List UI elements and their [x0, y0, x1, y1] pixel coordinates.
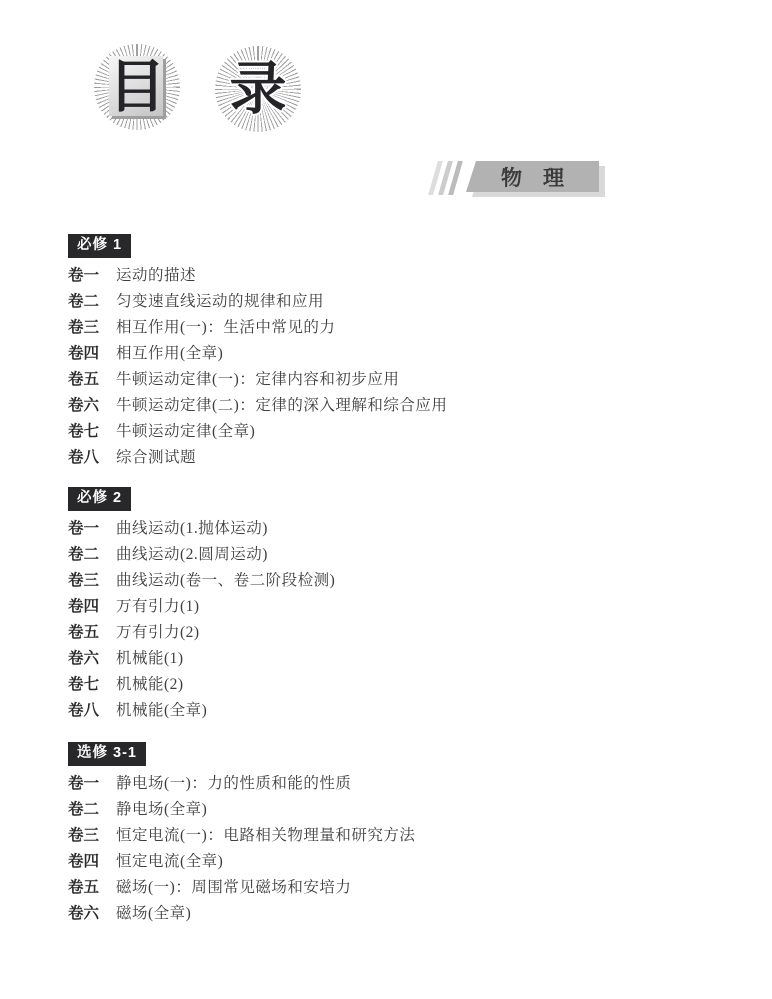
toc-item-num: 卷七: [68, 419, 105, 445]
toc-item: 卷六牛顿运动定律(二)：定律的深入理解和综合应用: [68, 393, 447, 419]
toc-item: 卷四相互作用(全章): [68, 341, 447, 367]
toc-item-desc: 曲线运动(1.抛体运动): [116, 520, 268, 537]
toc-item-num: 卷七: [68, 672, 105, 698]
toc-item-num: 卷二: [68, 797, 105, 823]
toc-item: 卷二静电场(全章): [68, 797, 415, 823]
toc-item: 卷七机械能(2): [68, 672, 335, 698]
section-items: 卷一曲线运动(1.抛体运动) 卷二曲线运动(2.圆周运动) 卷三曲线运动(卷一、…: [68, 516, 335, 724]
toc-item: 卷八机械能(全章): [68, 698, 335, 724]
subject-banner: 物 理: [433, 161, 599, 195]
toc-item: 卷三恒定电流(一)：电路相关物理量和研究方法: [68, 823, 415, 849]
toc-item-desc: 磁场(一)：周围常见磁场和安培力: [116, 879, 351, 896]
toc-item-desc: 恒定电流(全章): [116, 853, 223, 870]
toc-item: 卷六磁场(全章): [68, 901, 415, 927]
toc-item-num: 卷三: [68, 315, 105, 341]
toc-item-desc: 磁场(全章): [116, 905, 191, 922]
toc-item: 卷一静电场(一)：力的性质和能的性质: [68, 771, 415, 797]
toc-item-desc: 相互作用(全章): [116, 345, 223, 362]
toc-item-desc: 牛顿运动定律(全章): [116, 423, 255, 440]
toc-item: 卷四万有引力(1): [68, 594, 335, 620]
toc-item: 卷二曲线运动(2.圆周运动): [68, 542, 335, 568]
toc-item-num: 卷六: [68, 901, 105, 927]
toc-item-desc: 综合测试题: [116, 449, 196, 466]
section-items: 卷一静电场(一)：力的性质和能的性质 卷二静电场(全章) 卷三恒定电流(一)：电…: [68, 771, 415, 927]
section-items: 卷一运动的描述 卷二匀变速直线运动的规律和应用 卷三相互作用(一)：生活中常见的…: [68, 263, 447, 471]
toc-item-num: 卷五: [68, 367, 105, 393]
toc-item-desc: 牛顿运动定律(一)：定律内容和初步应用: [116, 371, 399, 388]
toc-item: 卷五牛顿运动定律(一)：定律内容和初步应用: [68, 367, 447, 393]
toc-item-num: 卷一: [68, 771, 105, 797]
toc-item-num: 卷一: [68, 263, 105, 289]
toc-item-desc: 机械能(1): [116, 650, 184, 667]
toc-item-num: 卷一: [68, 516, 105, 542]
toc-item-desc: 恒定电流(一)：电路相关物理量和研究方法: [116, 827, 415, 844]
section-bixiu-1: 必修 1 卷一运动的描述 卷二匀变速直线运动的规律和应用 卷三相互作用(一)：生…: [68, 234, 447, 471]
toc-item-num: 卷二: [68, 289, 105, 315]
toc-item: 卷一运动的描述: [68, 263, 447, 289]
toc-item-num: 卷四: [68, 341, 105, 367]
toc-item-num: 卷四: [68, 594, 105, 620]
toc-item-desc: 万有引力(1): [116, 598, 200, 615]
page-title-char-mu: 目: [109, 59, 166, 116]
toc-item: 卷七牛顿运动定律(全章): [68, 419, 447, 445]
toc-item: 卷三相互作用(一)：生活中常见的力: [68, 315, 447, 341]
toc-item-desc: 牛顿运动定律(二)：定律的深入理解和综合应用: [116, 397, 447, 414]
toc-item-desc: 万有引力(2): [116, 624, 200, 641]
toc-item: 卷四恒定电流(全章): [68, 849, 415, 875]
toc-item-num: 卷三: [68, 568, 105, 594]
banner-box-wrap: 物 理: [466, 161, 599, 195]
toc-item: 卷三曲线运动(卷一、卷二阶段检测): [68, 568, 335, 594]
section-bixiu-2: 必修 2 卷一曲线运动(1.抛体运动) 卷二曲线运动(2.圆周运动) 卷三曲线运…: [68, 487, 335, 724]
toc-item: 卷五磁场(一)：周围常见磁场和安培力: [68, 875, 415, 901]
toc-item-num: 卷六: [68, 646, 105, 672]
toc-item-num: 卷八: [68, 445, 105, 471]
toc-item-desc: 机械能(全章): [116, 702, 207, 719]
section-header: 必修 1: [68, 234, 131, 258]
toc-item-desc: 曲线运动(2.圆周运动): [116, 546, 268, 563]
toc-item-desc: 曲线运动(卷一、卷二阶段检测): [116, 572, 335, 589]
toc-item-num: 卷六: [68, 393, 105, 419]
toc-item-desc: 匀变速直线运动的规律和应用: [116, 293, 324, 310]
toc-item-desc: 静电场(全章): [116, 801, 207, 818]
banner-stripes-decoration: [433, 161, 463, 195]
toc-item-num: 卷二: [68, 542, 105, 568]
toc-item: 卷五万有引力(2): [68, 620, 335, 646]
section-header: 必修 2: [68, 487, 131, 511]
section-header: 选修 3-1: [68, 742, 146, 766]
toc-item: 卷二匀变速直线运动的规律和应用: [68, 289, 447, 315]
subject-title: 物 理: [466, 161, 599, 192]
toc-item-desc: 运动的描述: [116, 267, 196, 284]
toc-item-num: 卷三: [68, 823, 105, 849]
toc-item-desc: 机械能(2): [116, 676, 184, 693]
toc-item-num: 卷五: [68, 620, 105, 646]
toc-item-desc: 静电场(一)：力的性质和能的性质: [116, 775, 351, 792]
toc-item-num: 卷四: [68, 849, 105, 875]
toc-item: 卷一曲线运动(1.抛体运动): [68, 516, 335, 542]
title-burst-lu: 录: [215, 46, 301, 132]
toc-item: 卷八综合测试题: [68, 445, 447, 471]
toc-item-num: 卷五: [68, 875, 105, 901]
toc-item-desc: 相互作用(一)：生活中常见的力: [116, 319, 335, 336]
title-burst-mu: 目: [94, 44, 180, 130]
section-xuanxiu-3-1: 选修 3-1 卷一静电场(一)：力的性质和能的性质 卷二静电场(全章) 卷三恒定…: [68, 742, 415, 927]
toc-item: 卷六机械能(1): [68, 646, 335, 672]
toc-item-num: 卷八: [68, 698, 105, 724]
page-title-char-lu: 录: [230, 61, 287, 118]
